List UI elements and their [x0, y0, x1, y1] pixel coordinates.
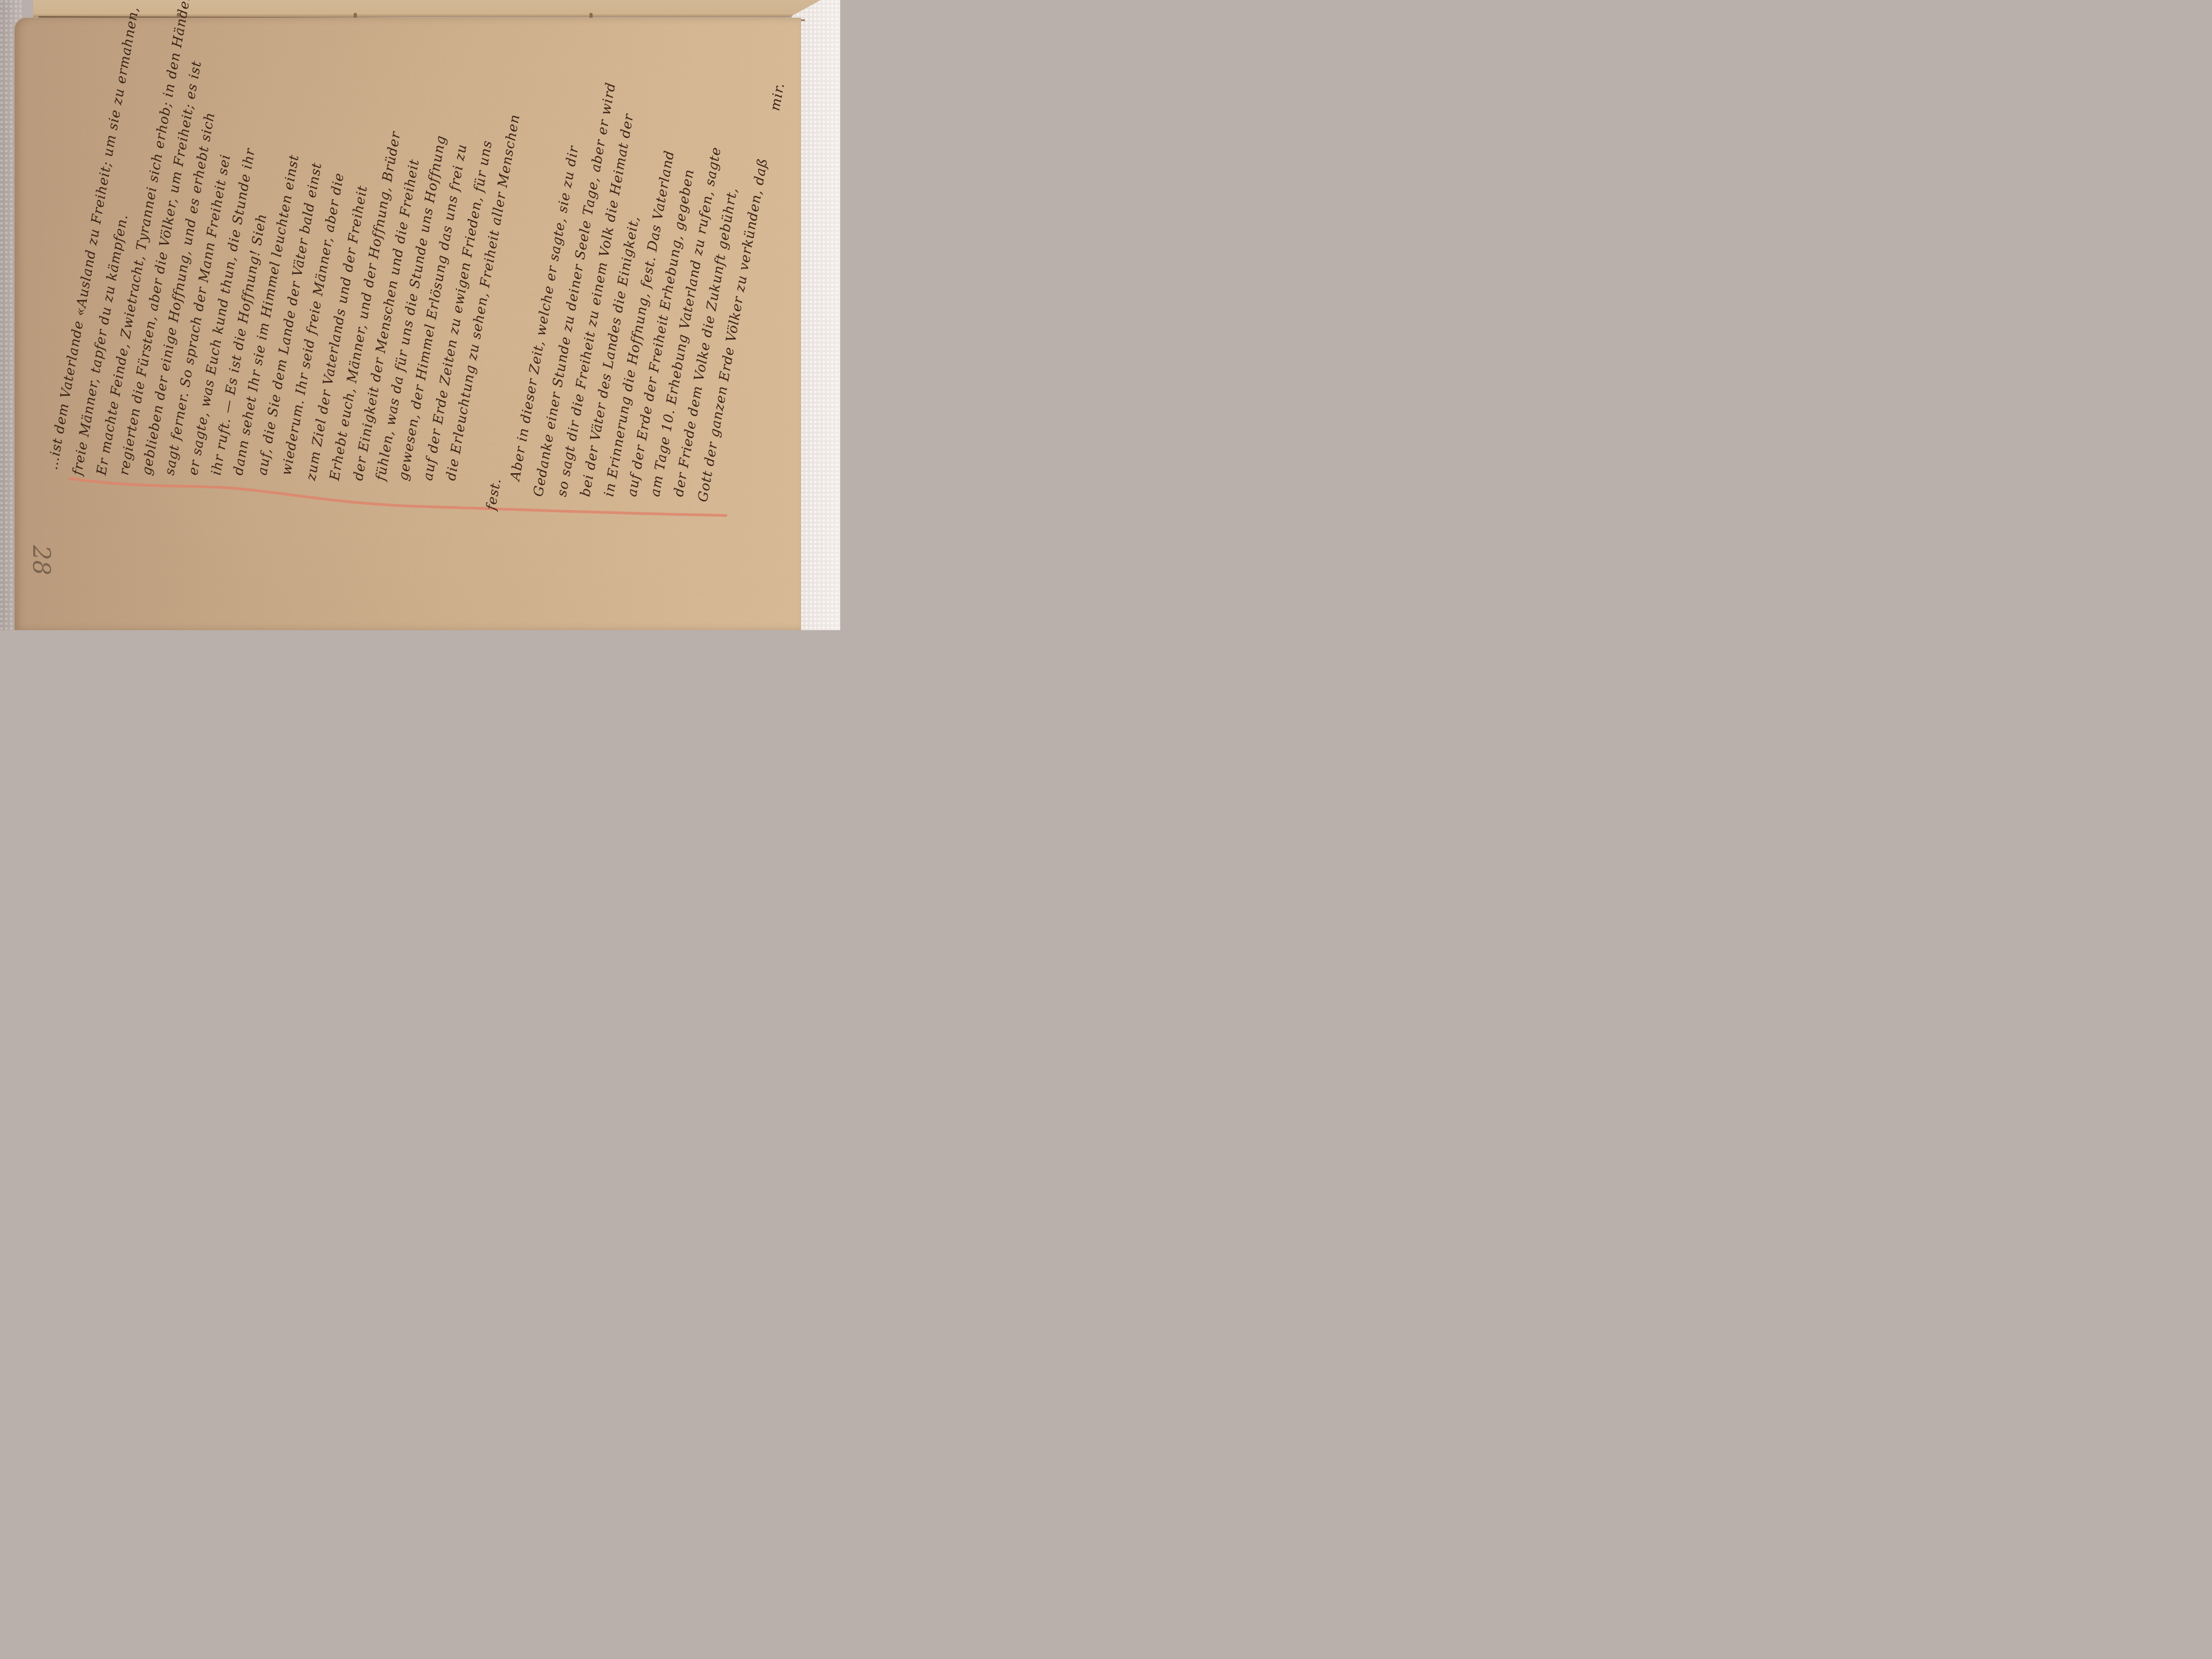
page-number: 28 — [27, 545, 55, 576]
page-fold-strip — [33, 0, 821, 17]
